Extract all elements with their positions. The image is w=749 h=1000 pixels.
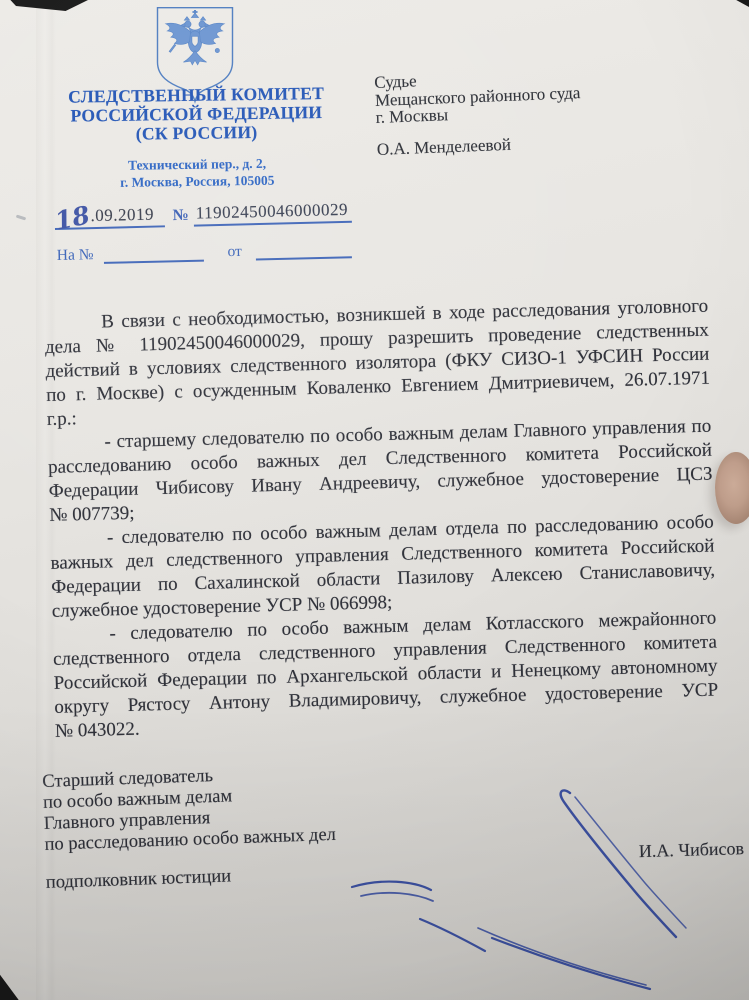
reference-row: 18 .09.2019 № 11902450046000029 [54, 192, 395, 230]
fingertip-holding-paper [715, 452, 749, 524]
signoff-block: Старший следователь по особо важным дела… [42, 758, 446, 894]
reply-date-blank [256, 256, 352, 260]
recipient-block: Судье Мещанского районного суда г. Москв… [374, 62, 677, 157]
stray-pen-mark [16, 215, 26, 221]
date-text: .09.2019 [90, 205, 154, 227]
reply-from-label: от [227, 243, 242, 261]
handwritten-day: 18 [53, 205, 91, 231]
letterhead: СЛЕДСТВЕННЫЙ КОМИТЕТ РОССИЙСКОЙ ФЕДЕРАЦИ… [38, 84, 355, 192]
photo-background-corner-top-right [733, 0, 749, 7]
photo-background-corner-top-left [8, 0, 88, 11]
photo-background-corner-bottom-left [0, 958, 34, 1000]
number-sign: № [172, 207, 189, 225]
date-field: 18 .09.2019 [54, 204, 165, 230]
recipient-name: О.А. Менделеевой [377, 129, 677, 158]
paper-sheet: СЛЕДСТВЕННЫЙ КОМИТЕТ РОССИЙСКОЙ ФЕДЕРАЦИ… [0, 0, 749, 1000]
org-address-line2: г. Москва, Россия, 105005 [39, 171, 355, 192]
signoff-rank: подполковник юстиции [46, 859, 446, 894]
signer-name: И.А. Чибисов [612, 838, 745, 863]
reply-label: На № [57, 246, 94, 265]
letter-body: В связи с необходимостью, возникшей в хо… [44, 295, 719, 744]
reply-reference-row: На № от [57, 235, 397, 265]
reply-number-blank [104, 260, 204, 264]
outgoing-number: 11902450046000029 [193, 200, 352, 227]
